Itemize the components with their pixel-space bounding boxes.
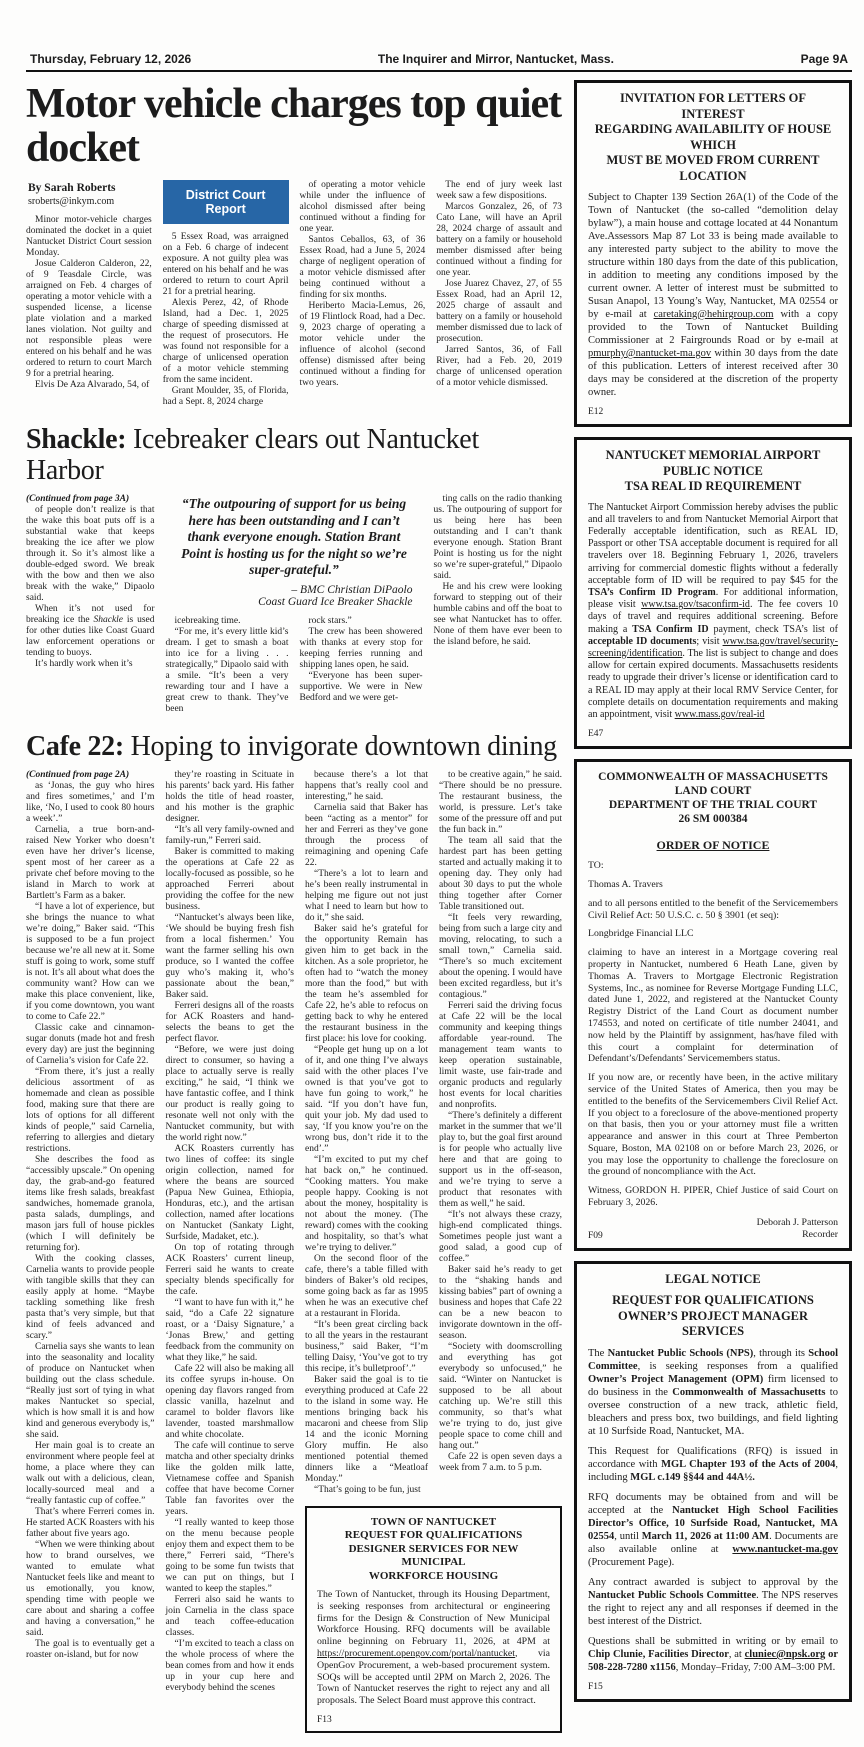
airport-title-line: PUBLIC NOTICE	[588, 464, 838, 480]
paragraph: With the cooking classes, Carnelia wants…	[26, 1254, 155, 1342]
invitation-body: Subject to Chapter 139 Section 26A(1) of…	[588, 191, 838, 399]
paragraph: Longbridge Financial LLC	[588, 928, 838, 940]
paragraph: Carnelia said that Baker has been “actin…	[305, 803, 428, 869]
paragraph: Baker said he’s ready to get to the “sha…	[439, 1265, 562, 1342]
paragraph: The Nantucket Public Schools (NPS), thro…	[588, 1347, 838, 1438]
land-court-title-line: COMMONWEALTH OF MASSACHUSETTS	[588, 770, 838, 784]
paragraph: 5 Essex Road, was arraigned on a Feb. 6 …	[163, 232, 289, 298]
town-rfq-body: The Town of Nantucket, through its Housi…	[317, 1589, 550, 1707]
paragraph: Baker said he’s grateful for the opportu…	[305, 924, 428, 1045]
paragraph: “There’s definitely a different market i…	[439, 1111, 562, 1210]
paragraph: Carnelia, a true born-and-raised New Yor…	[26, 825, 155, 902]
cafe22-columns: (Continued from page 2A) as ‘Jonas, the …	[26, 770, 562, 1733]
shackle-kicker: Shackle:	[26, 424, 126, 455]
docket-col1-text: Minor motor-vehicle charges dominated th…	[26, 215, 152, 391]
shackle-columns: (Continued from page 3A) of people don’t…	[26, 494, 562, 715]
notice-code: F09	[588, 1231, 603, 1241]
paragraph: When it’s not used for breaking ice the …	[26, 604, 155, 659]
pull-quote-text: “The outpouring of support for us being …	[176, 496, 413, 579]
paragraph: It’s hardly work when it’s	[26, 659, 155, 670]
paragraph: because there’s a lot that happens that’…	[305, 770, 428, 803]
cafe22-col-4: to be creative again,” he said. “There s…	[439, 770, 562, 1496]
articles-region: Motor vehicle charges top quiet docket B…	[26, 80, 562, 1733]
land-court-title-line: LAND COURT	[588, 784, 838, 798]
byline-email: sroberts@inkym.com	[28, 196, 152, 207]
paragraph: of operating a motor vehicle while under…	[300, 180, 426, 235]
paragraph: Thomas A. Travers	[588, 879, 838, 891]
paragraph: The goal is to eventually get a roaster …	[26, 1639, 155, 1661]
paragraph: “For me, it’s every little kid’s dream. …	[166, 627, 289, 715]
paragraph: “It’s all very family-owned and family-r…	[166, 825, 295, 847]
paragraph: Subject to Chapter 139 Section 26A(1) of…	[588, 191, 838, 399]
paragraph: On the second floor of the cafe, there’s…	[305, 1254, 428, 1320]
paragraph: TO:	[588, 860, 838, 872]
town-rfq-title-line: TOWN OF NANTUCKET	[317, 1516, 550, 1530]
paragraph: “There’s a lot to learn and he’s been re…	[305, 869, 428, 924]
cafe22-kicker: Cafe 22:	[26, 731, 124, 762]
docket-col3-text: of operating a motor vehicle while under…	[300, 180, 426, 389]
byline: By Sarah Roberts	[28, 182, 152, 194]
paragraph: rock stars.”	[300, 616, 423, 627]
paragraph: to be creative again,” he said. “There s…	[439, 770, 562, 836]
docket-col4-text: The end of jury week last week saw a few…	[436, 180, 562, 389]
docket-headline: Motor vehicle charges top quiet docket	[26, 82, 562, 170]
page-content: Motor vehicle charges top quiet docket B…	[26, 80, 852, 1733]
notice-invitation: INVITATION FOR LETTERS OF INTEREST REGAR…	[574, 80, 852, 427]
notice-schools-rfq: LEGAL NOTICE REQUEST FOR QUALIFICATIONS …	[574, 1261, 852, 1702]
paragraph: “Everyone has been super-supportive. We …	[300, 671, 423, 704]
paragraph: “I want to have fun with it,” he said, “…	[166, 1298, 295, 1364]
paragraph: and to all persons entitled to the benef…	[588, 898, 838, 922]
paragraph: Baker said the goal is to tie everything…	[305, 1375, 428, 1485]
paragraph: She describes the food as “accessibly up…	[26, 1155, 155, 1254]
invitation-title-line: MUST BE MOVED FROM CURRENT LOCATION	[588, 153, 838, 184]
signature-role: Recorder	[757, 1229, 838, 1241]
airport-title-line: NANTUCKET MEMORIAL AIRPORT	[588, 448, 838, 464]
shackle-col3-text: rock stars.”The crew has been showered w…	[300, 616, 423, 704]
paragraph: Ferreri also said he wants to join Carne…	[166, 1595, 295, 1639]
page-header: Thursday, February 12, 2026 The Inquirer…	[26, 52, 852, 72]
paragraph: On top of rotating through ACK Roasters’…	[166, 1243, 295, 1298]
land-court-title-line: DEPARTMENT OF THE TRIAL COURT	[588, 798, 838, 812]
paragraph: “Before, we were just doing direct to co…	[166, 1045, 295, 1144]
paragraph: He and his crew were looking forward to …	[434, 582, 563, 648]
paragraph: icebreaking time.	[166, 616, 289, 627]
paragraph: RFQ documents may be obtained from and w…	[588, 1491, 838, 1569]
notice-code: F13	[317, 1715, 550, 1725]
paragraph: Her main goal is to create an environmen…	[26, 1441, 155, 1507]
header-masthead: The Inquirer and Mirror, Nantucket, Mass…	[378, 52, 614, 66]
shackle-col4-text: ting calls on the radio thanking us. The…	[434, 494, 563, 648]
paragraph: “It feels very rewarding, being from suc…	[439, 913, 562, 1001]
article-docket: Motor vehicle charges top quiet docket B…	[26, 82, 562, 408]
paragraph: Ferreri designs all of the roasts for AC…	[166, 1001, 295, 1045]
pull-quote-attribution: – BMC Christian DiPaolo	[176, 584, 413, 596]
cafe22-col-3: because there’s a lot that happens that’…	[305, 770, 428, 1496]
paragraph: The crew has been showered with thanks a…	[300, 627, 423, 671]
paragraph: of people don’t realize is that the wake…	[26, 505, 155, 604]
paragraph: “That’s going to be fun, just	[305, 1485, 428, 1496]
shackle-mid-columns: icebreaking time.“For me, it’s every lit…	[166, 616, 423, 715]
docket-col-4: The end of jury week last week saw a few…	[436, 180, 562, 408]
paragraph: Josue Calderon Calderon, 22, of 9 Teasda…	[26, 259, 152, 380]
shackle-col-4: ting calls on the radio thanking us. The…	[434, 494, 563, 715]
paragraph: claiming to have an interest in a Mortga…	[588, 947, 838, 1065]
header-date: Thursday, February 12, 2026	[30, 52, 191, 66]
signature-block: Deborah J. Patterson Recorder	[757, 1217, 838, 1241]
byline-block: By Sarah Roberts sroberts@inkym.com	[28, 182, 152, 207]
paragraph: “I really wanted to keep those on the me…	[166, 1518, 295, 1595]
notice-town-rfq: TOWN OF NANTUCKET REQUEST FOR QUALIFICAT…	[305, 1506, 562, 1733]
paragraph: This Request for Qualifications (RFQ) is…	[588, 1445, 838, 1484]
paragraph: Carnelia says she wants to lean into the…	[26, 1342, 155, 1441]
cafe22-headline-rest: Hoping to invigorate downtown dining	[124, 731, 557, 762]
article-cafe22: Cafe 22: Hoping to invigorate downtown d…	[26, 731, 562, 1733]
paragraph: The team all said that the hardest part …	[439, 836, 562, 913]
airport-title-line: TSA REAL ID REQUIREMENT	[588, 479, 838, 495]
paragraph: Grant Moulder, 35, of Florida, had a Sep…	[163, 386, 289, 408]
schools-rfq-body: The Nantucket Public Schools (NPS), thro…	[588, 1347, 838, 1674]
shackle-col-3: rock stars.”The crew has been showered w…	[300, 616, 423, 715]
notice-code: E12	[588, 407, 838, 417]
paragraph: “From there, it’s just a really deliciou…	[26, 1067, 155, 1155]
invitation-title-line: REGARDING AVAILABILITY OF HOUSE WHICH	[588, 122, 838, 153]
paragraph: Minor motor-vehicle charges dominated th…	[26, 215, 152, 259]
land-court-signature-row: F09 Deborah J. Patterson Recorder	[588, 1217, 838, 1241]
paragraph: Any contract awarded is subject to appro…	[588, 1576, 838, 1628]
paragraph: ACK Roasters currently has two lines of …	[166, 1144, 295, 1243]
docket-col-2: District Court Report 5 Essex Road, was …	[163, 180, 289, 408]
pull-quote: “The outpouring of support for us being …	[166, 494, 423, 616]
notice-land-court: COMMONWEALTH OF MASSACHUSETTS LAND COURT…	[574, 759, 852, 1251]
paragraph: If you now are, or recently have been, i…	[588, 1072, 838, 1178]
shackle-headline: Shackle: Icebreaker clears out Nantucket…	[26, 424, 562, 486]
paragraph: The Nantucket Airport Commission hereby …	[588, 502, 838, 722]
paragraph: Jose Juarez Chavez, 27, of 55 Essex Road…	[436, 279, 562, 345]
invitation-title-line: INVITATION FOR LETTERS OF INTEREST	[588, 91, 838, 122]
docket-col2-text: 5 Essex Road, was arraigned on a Feb. 6 …	[163, 232, 289, 408]
paragraph: Baker is committed to making the operati…	[166, 847, 295, 913]
notice-code: E47	[588, 729, 838, 739]
paragraph: Elvis De Aza Alvarado, 54, of	[26, 380, 152, 391]
paragraph: Cafe 22 is open seven days a week from 7…	[439, 1452, 562, 1474]
cafe22-right-half: because there’s a lot that happens that’…	[305, 770, 562, 1733]
town-rfq-title-line: DESIGNER SERVICES FOR NEW MUNICIPAL	[317, 1543, 550, 1570]
header-page-number: Page 9A	[801, 52, 848, 66]
paragraph: “Society with doomscrolling and everythi…	[439, 1342, 562, 1452]
schools-rfq-title-line: OWNER’S PROJECT MANAGER SERVICES	[588, 1309, 838, 1340]
docket-col-1: By Sarah Roberts sroberts@inkym.com Mino…	[26, 180, 152, 408]
signature-name: Deborah J. Patterson	[757, 1217, 838, 1229]
paragraph: Santos Ceballos, 63, of 36 Essex Road, h…	[300, 235, 426, 301]
shackle-middle: “The outpouring of support for us being …	[166, 494, 423, 715]
paragraph: The end of jury week last week saw a few…	[436, 180, 562, 202]
paragraph: The cafe will continue to serve matcha a…	[166, 1441, 295, 1518]
paragraph: Alexis Perez, 42, of Rhode Island, had a…	[163, 298, 289, 386]
paragraph: “It’s not always these crazy, high-end c…	[439, 1210, 562, 1265]
district-court-report-badge: District Court Report	[163, 180, 289, 224]
pull-quote-attribution-title: Coast Guard Ice Breaker Shackle	[176, 596, 413, 608]
cafe22-col-2: they’re roasting in Scituate in his pare…	[166, 770, 295, 1733]
schools-rfq-title-line: REQUEST FOR QUALIFICATIONS	[588, 1293, 838, 1309]
paragraph: as ‘Jonas, the guy who hires and fires s…	[26, 781, 155, 825]
paragraph: That’s where Ferreri comes in. He starte…	[26, 1507, 155, 1540]
paragraph: Jarred Santos, 36, of Fall River, had a …	[436, 345, 562, 389]
cafe22-col2-text: they’re roasting in Scituate in his pare…	[166, 770, 295, 1694]
paragraph: “I’m excited to put my chef hat back on,…	[305, 1155, 428, 1254]
order-of-notice-title: ORDER OF NOTICE	[588, 838, 838, 853]
paragraph: “People get hung up on a lot of it, and …	[305, 1045, 428, 1155]
notice-airport-tsa: NANTUCKET MEMORIAL AIRPORT PUBLIC NOTICE…	[574, 437, 852, 749]
paragraph: “I’m excited to teach a class on the who…	[166, 1639, 295, 1694]
land-court-title-line: 26 SM 000384	[588, 812, 838, 826]
shackle-col-1: (Continued from page 3A) of people don’t…	[26, 494, 155, 715]
cafe22-col-1: (Continued from page 2A) as ‘Jonas, the …	[26, 770, 155, 1733]
paragraph: Classic cake and cinnamon-sugar donuts (…	[26, 1023, 155, 1067]
shackle-col-2: icebreaking time.“For me, it’s every lit…	[166, 616, 289, 715]
cafe22-headline: Cafe 22: Hoping to invigorate downtown d…	[26, 731, 562, 762]
paragraph: “When we were thinking about how to bran…	[26, 1540, 155, 1639]
paragraph: The Town of Nantucket, through its Housi…	[317, 1589, 550, 1707]
docket-columns: By Sarah Roberts sroberts@inkym.com Mino…	[26, 180, 562, 408]
paragraph: Ferreri said the driving focus at Cafe 2…	[439, 1001, 562, 1111]
town-rfq-title-line: WORKFORCE HOUSING	[317, 1570, 550, 1584]
town-rfq-title-line: REQUEST FOR QUALIFICATIONS	[317, 1529, 550, 1543]
airport-body: The Nantucket Airport Commission hereby …	[588, 502, 838, 722]
shackle-col2-text: icebreaking time.“For me, it’s every lit…	[166, 616, 289, 715]
docket-col-3: of operating a motor vehicle while under…	[300, 180, 426, 408]
schools-rfq-title-line: LEGAL NOTICE	[588, 1272, 838, 1288]
paragraph: ting calls on the radio thanking us. The…	[434, 494, 563, 582]
cafe22-col1-text: as ‘Jonas, the guy who hires and fires s…	[26, 781, 155, 1661]
newspaper-page: Thursday, February 12, 2026 The Inquirer…	[0, 0, 864, 1747]
paragraph: Cafe 22 will also be making all its coff…	[166, 1364, 295, 1441]
shackle-col1-text: of people don’t realize is that the wake…	[26, 505, 155, 670]
article-shackle: Shackle: Icebreaker clears out Nantucket…	[26, 424, 562, 715]
paragraph: Witness, GORDON H. PIPER, Chief Justice …	[588, 1185, 838, 1209]
paragraph: Questions shall be submitted in writing …	[588, 1635, 838, 1674]
paragraph: Heriberto Macia-Lemus, 26, of 19 Flintlo…	[300, 301, 426, 389]
cafe22-col4-text: to be creative again,” he said. “There s…	[439, 770, 562, 1474]
paragraph: “I have a lot of experience, but she bri…	[26, 902, 155, 1023]
land-court-body: TO:Thomas A. Traversand to all persons e…	[588, 860, 838, 1209]
paragraph: “It’s been great circling back to all th…	[305, 1320, 428, 1375]
paragraph: they’re roasting in Scituate in his pare…	[166, 770, 295, 825]
paragraph: Marcos Gonzalez, 26, of 73 Cato Lane, wi…	[436, 202, 562, 279]
legal-notices-rail: INVITATION FOR LETTERS OF INTEREST REGAR…	[574, 80, 852, 1733]
cafe22-cols-3-4: because there’s a lot that happens that’…	[305, 770, 562, 1496]
paragraph: “Nantucket’s always been like, ‘We shoul…	[166, 913, 295, 1001]
cafe22-col3-text: because there’s a lot that happens that’…	[305, 770, 428, 1496]
continued-from-note: (Continued from page 3A)	[26, 494, 155, 505]
notice-code: F15	[588, 1682, 838, 1692]
continued-from-note: (Continued from page 2A)	[26, 770, 155, 781]
